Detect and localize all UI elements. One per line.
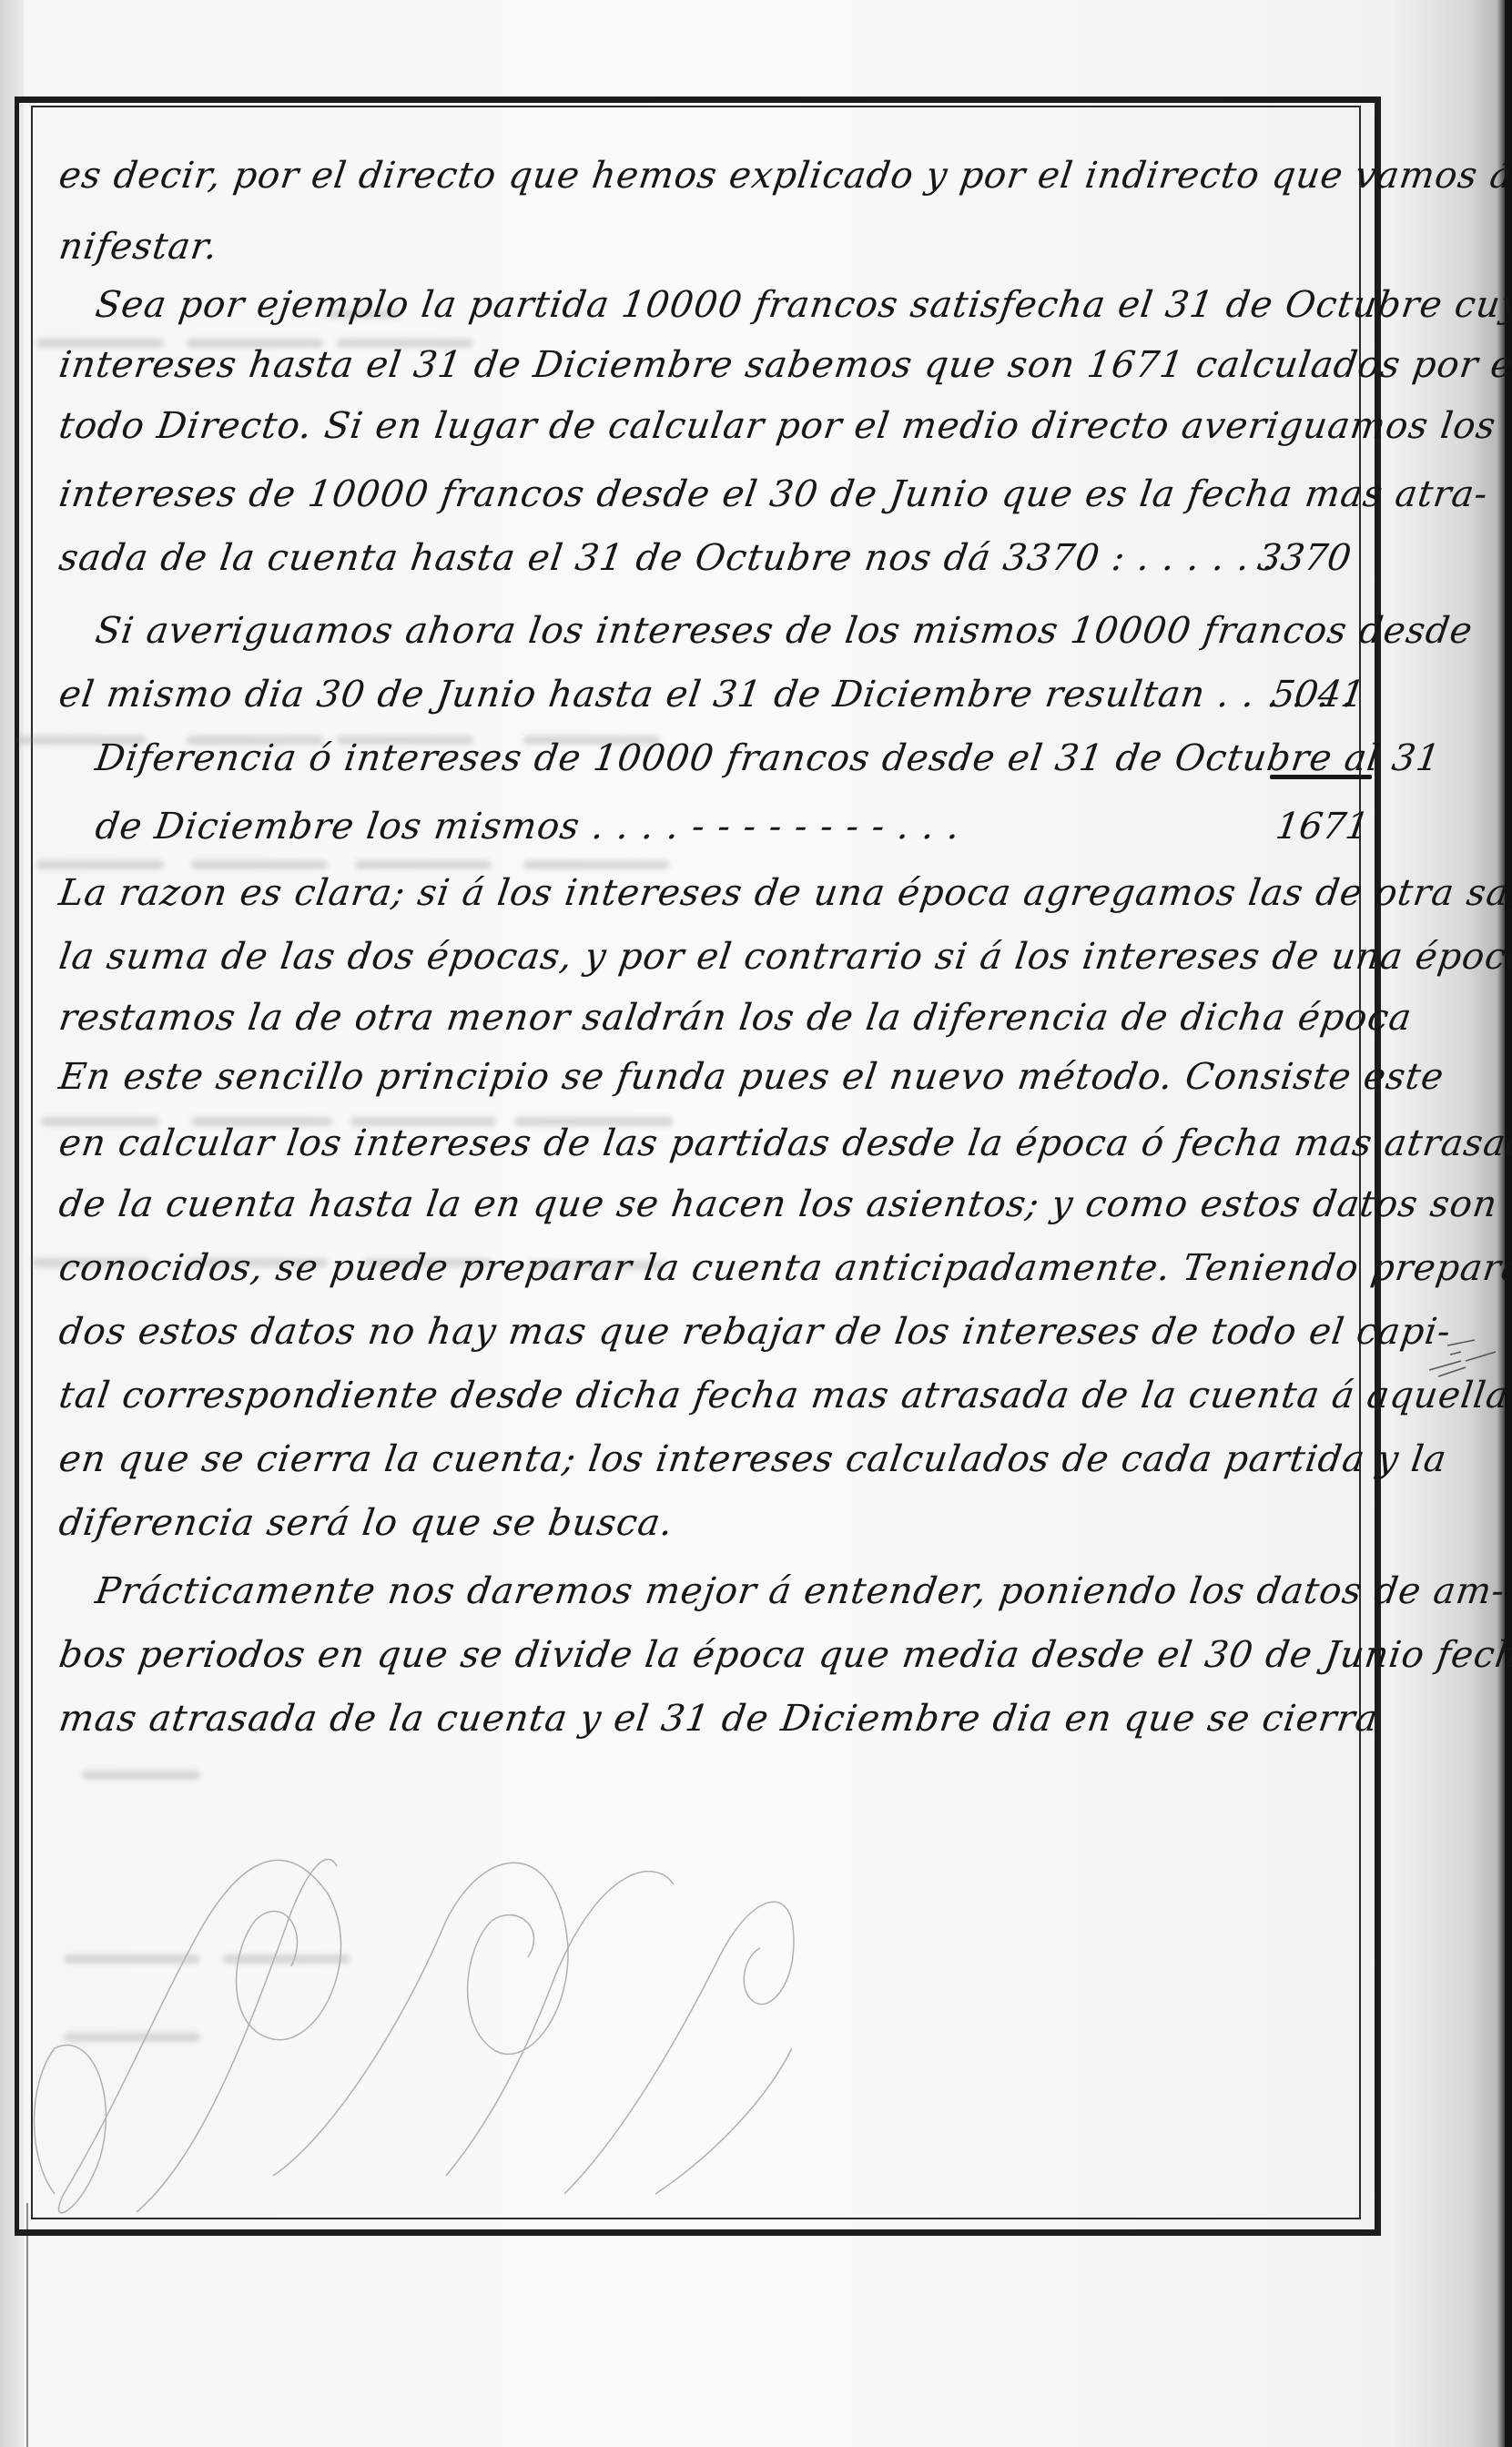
- text-line: mas atrasada de la cuenta y el 31 de Dic…: [56, 1698, 1381, 1740]
- text-line: bos periodos en que se divide la época q…: [56, 1634, 1512, 1676]
- text-line: todo Directo. Si en lugar de calcular po…: [56, 405, 1498, 447]
- bleed-smudge: [355, 860, 492, 869]
- bleed-smudge: [36, 860, 164, 869]
- text-line: el mismo dia 30 de Junio hasta el 31 de …: [56, 674, 1358, 716]
- decorative-flourish-icon: [18, 1812, 1365, 2230]
- text-line: la suma de las dos épocas, y por el cont…: [56, 936, 1512, 978]
- text-line: en que se cierra la cuenta; los interese…: [56, 1438, 1449, 1480]
- text-line: de Diciembre los mismos . . . . - - - - …: [93, 806, 963, 848]
- amount-5041: 5041: [1269, 674, 1367, 716]
- text-line: restamos la de otra menor saldrán los de…: [56, 997, 1415, 1039]
- text-line: es decir, por el directo que hemos expli…: [56, 155, 1512, 197]
- text-line: en calcular los intereses de las partida…: [56, 1122, 1512, 1164]
- text-line: sada de la cuenta hasta el 31 de Octubre…: [56, 537, 1278, 579]
- text-line: La razon es clara; si á los intereses de…: [56, 872, 1512, 914]
- amount-3370: 3370: [1255, 537, 1354, 579]
- bleed-smudge: [191, 860, 328, 869]
- text-line: intereses de 10000 francos desde el 30 d…: [56, 473, 1491, 515]
- text-line: Si averiguamos ahora los intereses de lo…: [93, 610, 1476, 652]
- bleed-smudge: [523, 860, 669, 869]
- text-line: En este sencillo principio se funda pues…: [56, 1056, 1446, 1098]
- text-line: diferencia será lo que se busca.: [56, 1502, 676, 1544]
- text-line: Prácticamente nos daremos mejor á entend…: [93, 1570, 1507, 1612]
- page-edge-line: [26, 2203, 28, 2447]
- text-line: intereses hasta el 31 de Diciembre sabem…: [56, 344, 1512, 386]
- amount-1671-total: 1671: [1274, 806, 1372, 848]
- margin-scratch-marks: [1425, 1329, 1497, 1384]
- text-line: Sea por ejemplo la partida 10000 francos…: [93, 284, 1512, 326]
- text-line: nifestar.: [56, 226, 220, 268]
- text-line: Diferencia ó intereses de 10000 francos …: [93, 737, 1444, 779]
- bleed-smudge: [82, 1771, 200, 1780]
- text-line: dos estos datos no hay mas que rebajar d…: [56, 1311, 1454, 1353]
- text-line: conocidos, se puede preparar la cuenta a…: [56, 1247, 1512, 1289]
- text-line: tal correspondiente desde dicha fecha ma…: [56, 1375, 1512, 1416]
- sum-underline: [1270, 775, 1372, 779]
- text-line: de la cuenta hasta la en que se hacen lo…: [56, 1183, 1500, 1225]
